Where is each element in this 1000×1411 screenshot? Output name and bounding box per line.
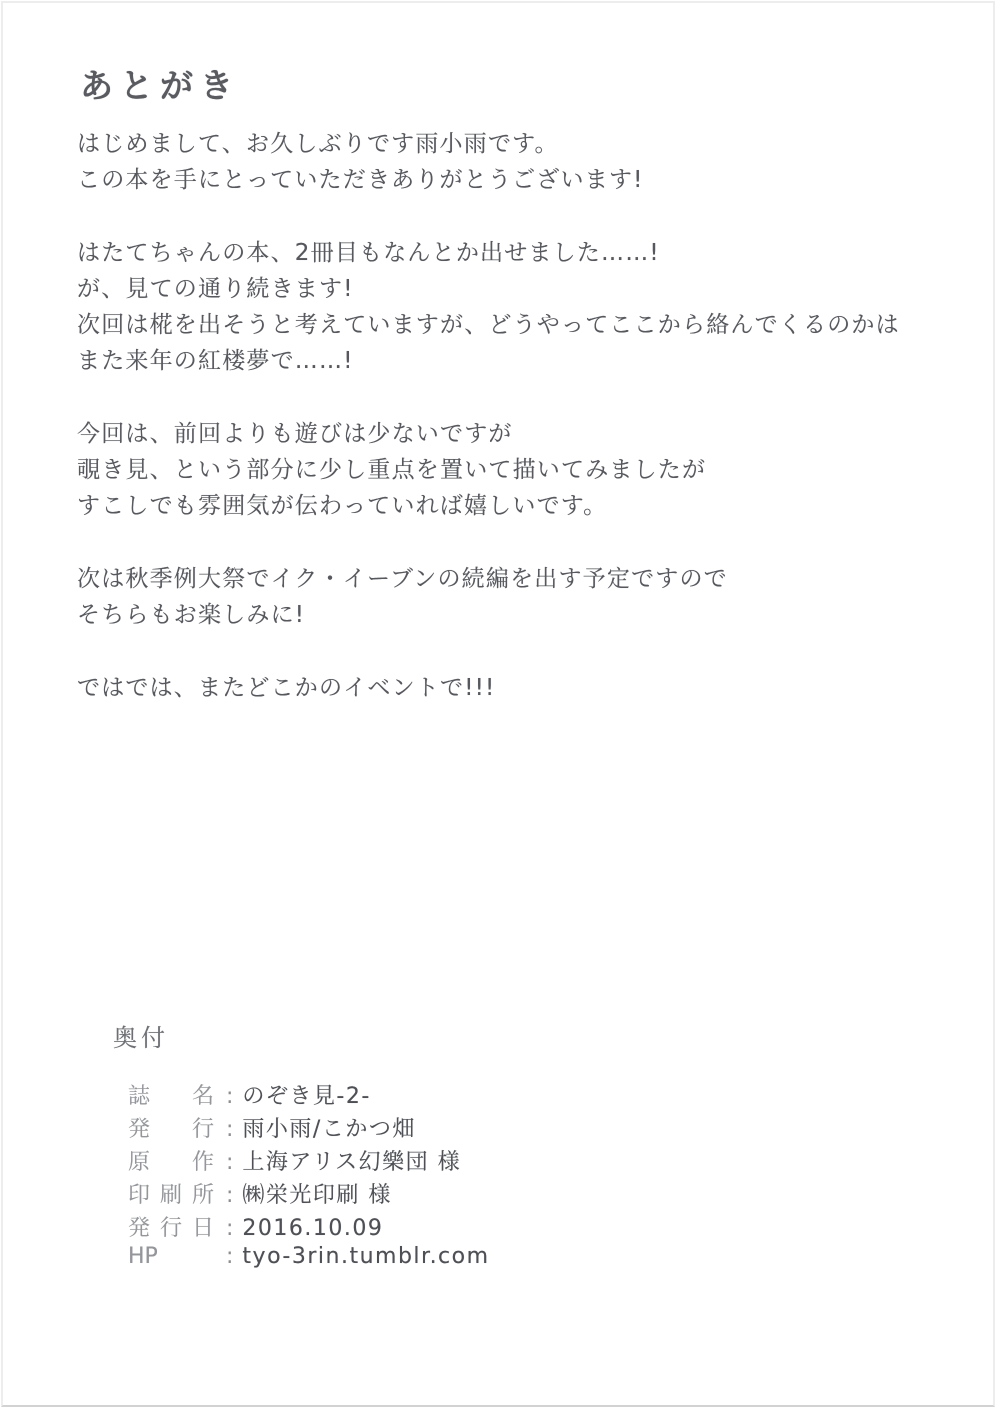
colophon-separator: : xyxy=(226,1244,233,1269)
colophon-rows: 誌名 : のぞき見-2- 発行 : 雨小雨/こかつ畑 原作 : 上海アリス幻樂団… xyxy=(128,1079,490,1277)
afterword-line: ではでは、またどこかのイベントで!!! xyxy=(77,670,907,706)
afterword-body: はじめまして、お久しぶりです雨小雨です。 この本を手にとっていただきありがとうご… xyxy=(77,126,907,743)
colophon-separator: : xyxy=(226,1084,233,1109)
colophon-label: 発行日 xyxy=(128,1211,214,1242)
afterword-line: はたてちゃんの本、2冊目もなんとか出せました……! xyxy=(77,235,907,271)
afterword-line: 今回は、前回よりも遊びは少ないですが xyxy=(77,416,907,452)
colophon-value: 雨小雨/こかつ畑 xyxy=(242,1112,415,1143)
colophon-value: ㈱栄光印刷 様 xyxy=(242,1178,392,1209)
afterword-line: が、見ての通り続きます! xyxy=(77,271,907,307)
afterword-line: 次回は椛を出そうと考えていますが、どうやってここから絡んでくるのかは xyxy=(77,307,907,343)
afterword-line: 次は秋季例大祭でイク・イーブンの続編を出す予定ですので xyxy=(77,561,907,597)
colophon-value: 上海アリス幻樂団 様 xyxy=(242,1145,461,1176)
colophon-label: 発行 xyxy=(128,1112,214,1143)
afterword-line: 覗き見、という部分に少し重点を置いて描いてみましたが xyxy=(77,452,907,488)
afterword-line: また来年の紅楼夢で……! xyxy=(77,343,907,379)
colophon-row-title: 誌名 : のぞき見-2- xyxy=(128,1079,490,1112)
colophon-row-original-work: 原作 : 上海アリス幻樂団 様 xyxy=(128,1145,490,1178)
colophon-heading: 奥付 xyxy=(113,1018,490,1053)
afterword-line: はじめまして、お久しぶりです雨小雨です。 xyxy=(77,126,907,162)
paragraph-next-event: 次は秋季例大祭でイク・イーブンの続編を出す予定ですので そちらもお楽しみに! xyxy=(77,561,907,633)
colophon-separator: : xyxy=(226,1150,233,1175)
colophon: 奥付 誌名 : のぞき見-2- 発行 : 雨小雨/こかつ畑 原作 : 上海アリス… xyxy=(113,1018,490,1277)
paragraph-this-volume: 今回は、前回よりも遊びは少ないですが 覗き見、という部分に少し重点を置いて描いて… xyxy=(77,416,907,524)
colophon-label: 誌名 xyxy=(128,1079,214,1110)
colophon-label: 原作 xyxy=(128,1145,214,1176)
colophon-value: のぞき見-2- xyxy=(242,1079,370,1110)
colophon-row-publish-date: 発行日 : 2016.10.09 xyxy=(128,1211,490,1244)
afterword-line: この本を手にとっていただきありがとうございます! xyxy=(77,162,907,198)
colophon-row-printer: 印刷所 : ㈱栄光印刷 様 xyxy=(128,1178,490,1211)
paragraph-greeting: はじめまして、お久しぶりです雨小雨です。 この本を手にとっていただきありがとうご… xyxy=(77,126,907,198)
colophon-label: 印刷所 xyxy=(128,1178,214,1209)
colophon-label: HP xyxy=(128,1244,214,1269)
colophon-separator: : xyxy=(226,1216,233,1241)
paragraph-book-news: はたてちゃんの本、2冊目もなんとか出せました……! が、見ての通り続きます! 次… xyxy=(77,235,907,379)
afterword-line: そちらもお楽しみに! xyxy=(77,597,907,633)
colophon-row-publisher: 発行 : 雨小雨/こかつ畑 xyxy=(128,1112,490,1145)
colophon-row-homepage: HP : tyo-3rin.tumblr.com xyxy=(128,1244,490,1277)
paragraph-farewell: ではでは、またどこかのイベントで!!! xyxy=(77,670,907,706)
page-title: あとがき xyxy=(80,60,240,107)
colophon-value: 2016.10.09 xyxy=(242,1216,383,1241)
afterword-line: すこしでも雰囲気が伝わっていれば嬉しいです。 xyxy=(77,488,907,524)
colophon-separator: : xyxy=(226,1183,233,1208)
colophon-separator: : xyxy=(226,1117,233,1142)
colophon-homepage-url: tyo-3rin.tumblr.com xyxy=(242,1244,489,1269)
